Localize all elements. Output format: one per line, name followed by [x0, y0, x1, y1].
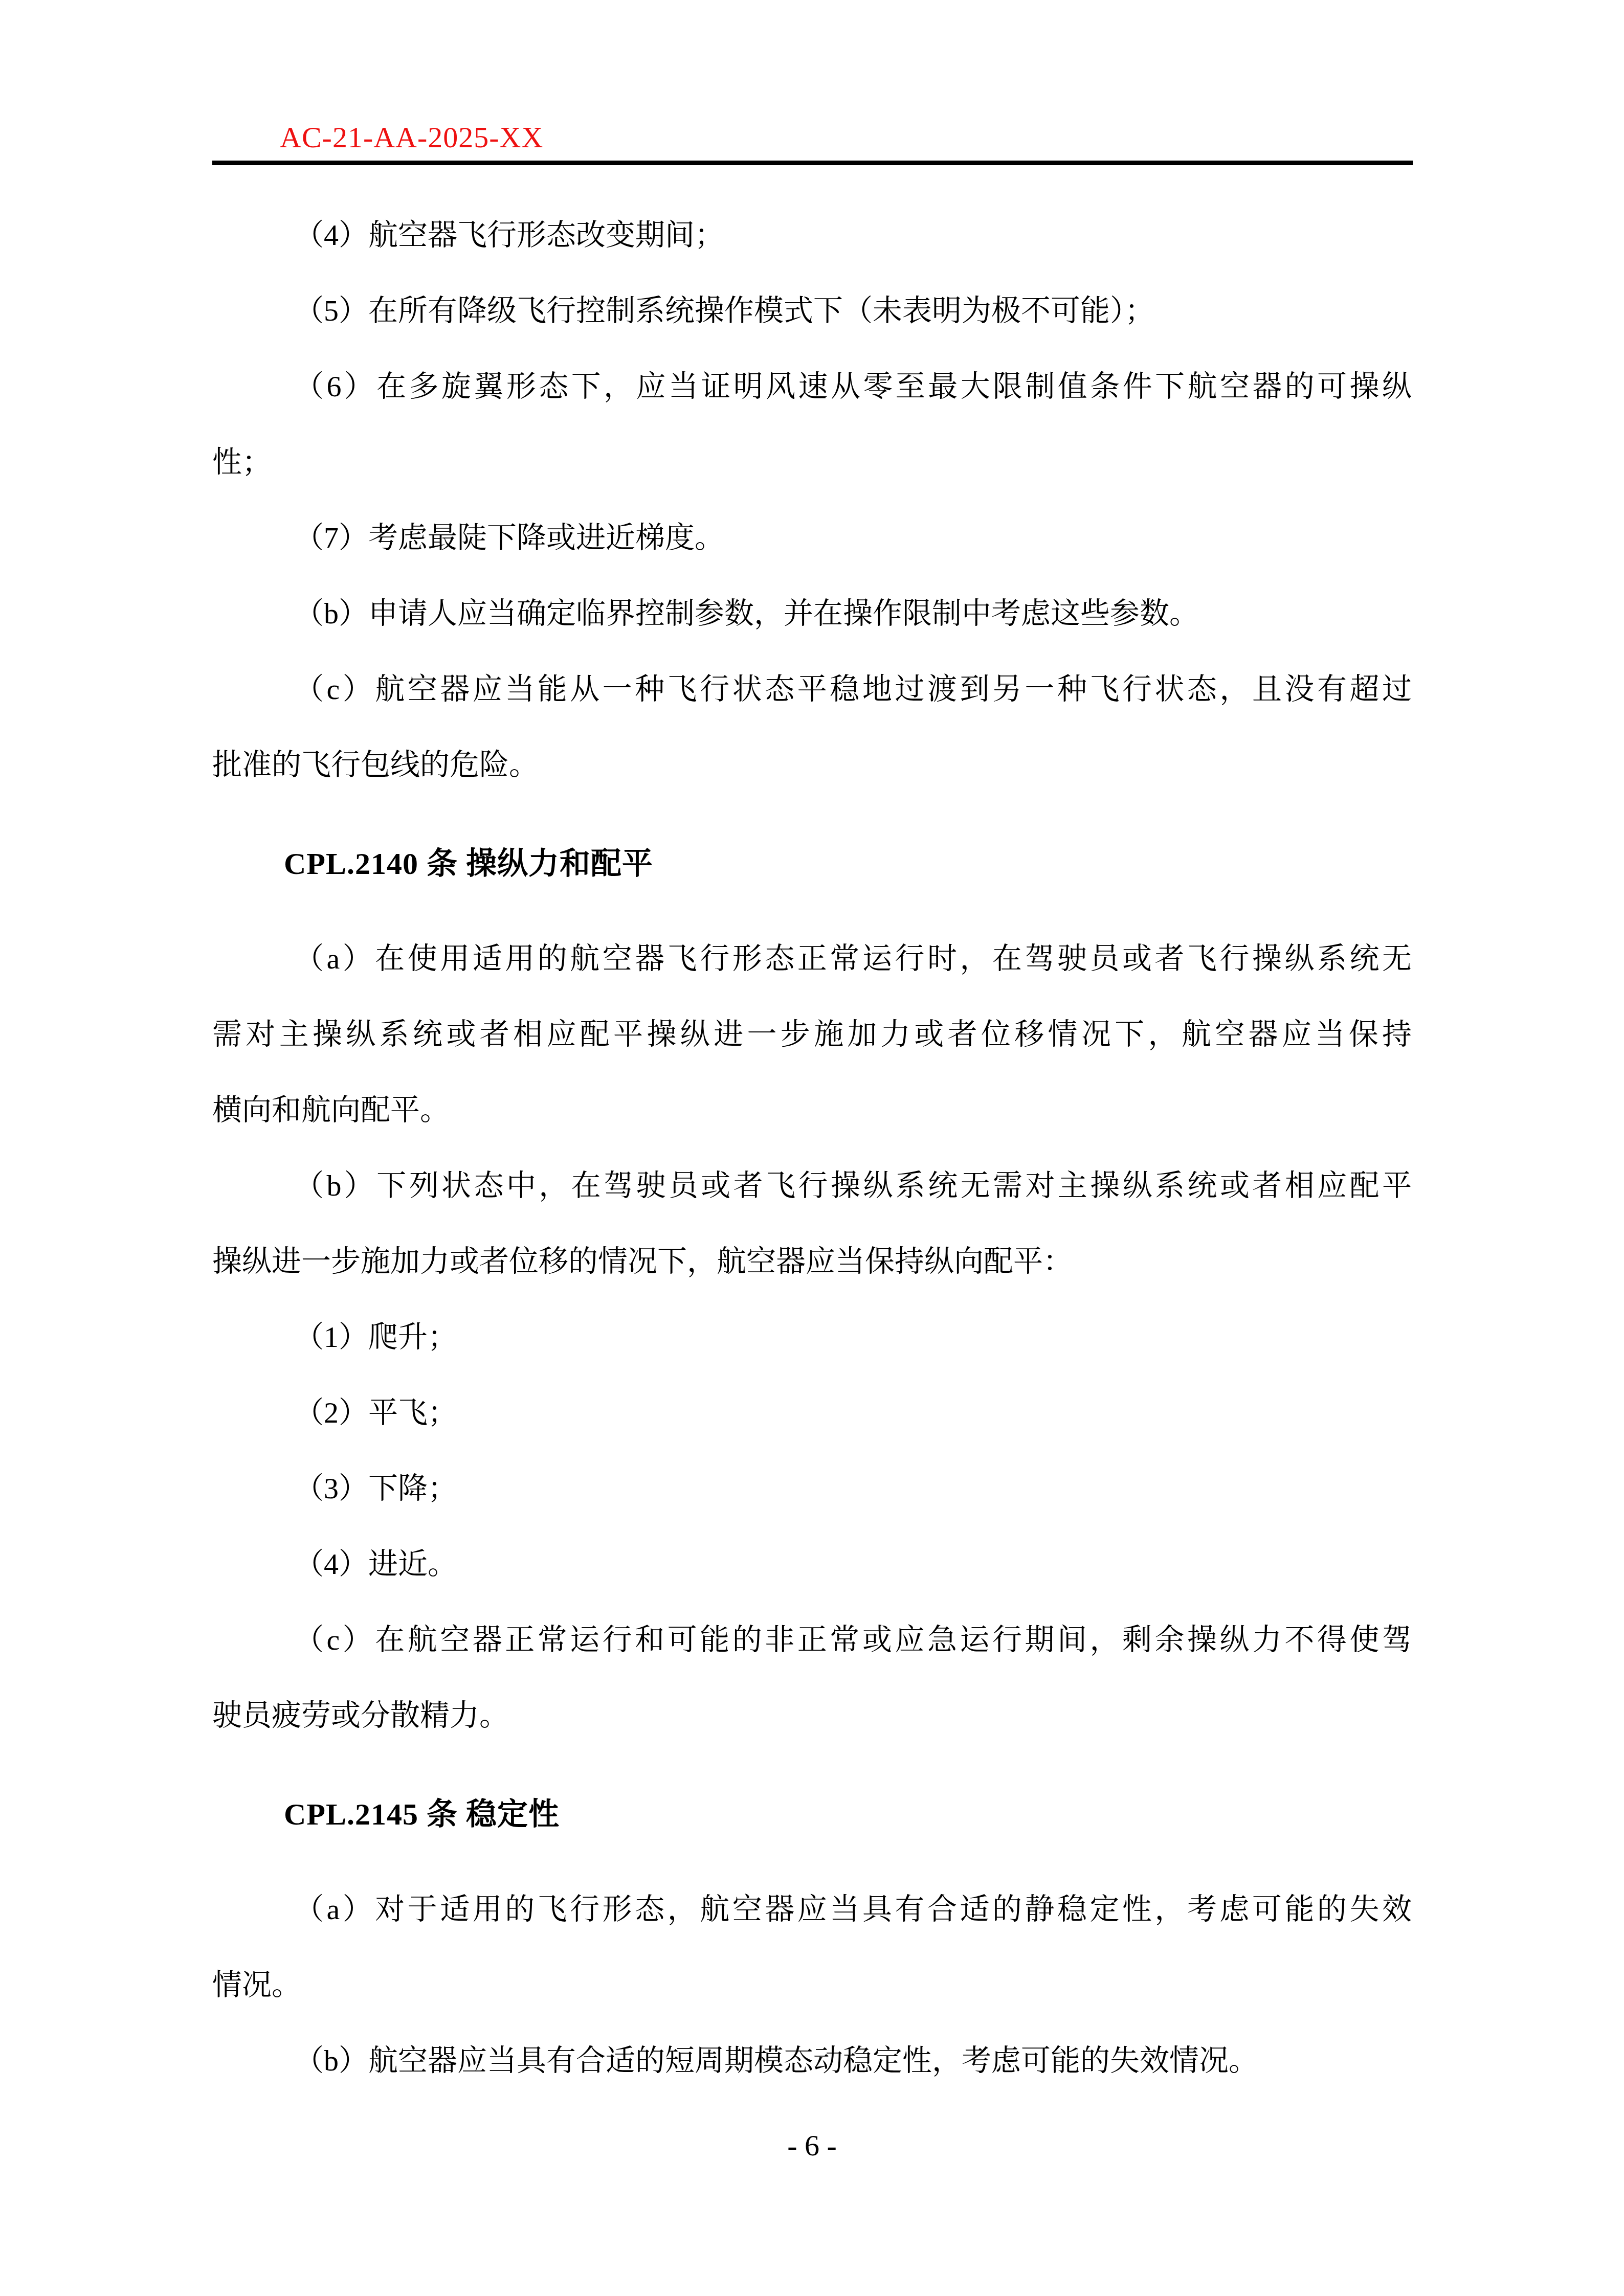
body-line: 操纵进一步施加力或者位移的情况下，航空器应当保持纵向配平： [212, 1224, 1412, 1299]
body-line: （5）在所有降级飞行控制系统操作模式下（未表明为极不可能）； [212, 273, 1412, 349]
section-heading: CPL.2140 条 操纵力和配平 [212, 826, 1412, 902]
document-body: （4）航空器飞行形态改变期间； （5）在所有降级飞行控制系统操作模式下（未表明为… [212, 197, 1412, 2099]
page-number: - 6 - [0, 2108, 1624, 2184]
body-line: （b）下列状态中，在驾驶员或者飞行操纵系统无需对主操纵系统或者相应配平 [212, 1148, 1412, 1224]
document-page: AC-21-AA-2025-XX （4）航空器飞行形态改变期间； （5）在所有降… [0, 0, 1624, 2296]
body-line: （b）航空器应当具有合适的短周期模态动稳定性，考虑可能的失效情况。 [212, 2023, 1412, 2099]
body-line: 性； [212, 424, 1412, 500]
header-rule [212, 161, 1413, 165]
body-line: 需对主操纵系统或者相应配平操纵进一步施加力或者位移情况下，航空器应当保持 [212, 997, 1412, 1072]
body-line: （1）爬升； [212, 1299, 1412, 1375]
body-line: （a）在使用适用的航空器飞行形态正常运行时，在驾驶员或者飞行操纵系统无 [212, 921, 1412, 997]
body-line: （6）在多旋翼形态下，应当证明风速从零至最大限制值条件下航空器的可操纵 [212, 349, 1412, 424]
doc-number: AC-21-AA-2025-XX [280, 119, 543, 156]
body-line: （3）下降； [212, 1451, 1412, 1526]
body-line: （4）航空器飞行形态改变期间； [212, 197, 1412, 273]
body-line: （7）考虑最陡下降或进近梯度。 [212, 500, 1412, 576]
body-line: 批准的飞行包线的危险。 [212, 727, 1412, 803]
body-line: （c）在航空器正常运行和可能的非正常或应急运行期间，剩余操纵力不得使驾 [212, 1602, 1412, 1678]
body-line: 驶员疲劳或分散精力。 [212, 1678, 1412, 1753]
body-line: （a）对于适用的飞行形态，航空器应当具有合适的静稳定性，考虑可能的失效 [212, 1872, 1412, 1947]
section-heading: CPL.2145 条 稳定性 [212, 1776, 1412, 1852]
body-line: （4）进近。 [212, 1526, 1412, 1602]
body-line: （2）平飞； [212, 1375, 1412, 1451]
body-line: （b）申请人应当确定临界控制参数，并在操作限制中考虑这些参数。 [212, 576, 1412, 651]
body-line: （c）航空器应当能从一种飞行状态平稳地过渡到另一种飞行状态，且没有超过 [212, 651, 1412, 727]
body-line: 横向和航向配平。 [212, 1072, 1412, 1148]
body-line: 情况。 [212, 1947, 1412, 2023]
